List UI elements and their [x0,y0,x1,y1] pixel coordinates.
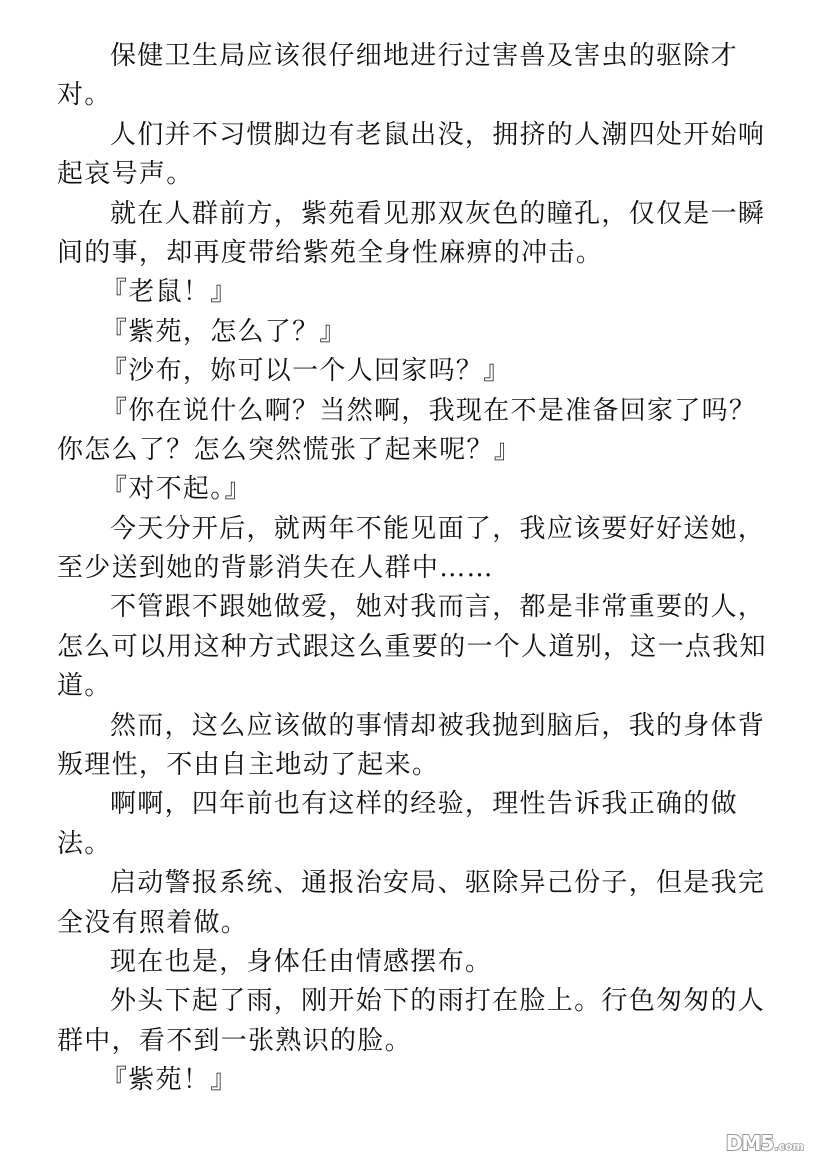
text-line: 啊啊，四年前也有这样的经验，理性告诉我正确的做 [57,785,757,824]
text-line: 叛理性，不由自主地动了起来。 [57,746,757,785]
text-line: 间的事，却再度带给紫苑全身性麻痹的冲击。 [57,234,757,273]
text-line: 你怎么了？怎么突然慌张了起来呢？』 [57,431,757,470]
text-line: 道。 [57,667,757,706]
document-page: 保健卫生局应该很仔细地进行过害兽及害虫的驱除才对。人们并不习惯脚边有老鼠出没，拥… [57,37,757,1101]
text-line: 就在人群前方，紫苑看见那双灰色的瞳孔，仅仅是一瞬 [57,195,757,234]
text-line: 全没有照着做。 [57,904,757,943]
text-line: 外头下起了雨，刚开始下的雨打在脸上。行色匆匆的人 [57,982,757,1021]
dialogue-line: 『紫苑！』 [57,1061,757,1100]
text-line: 至少送到她的背影消失在人群中…… [57,549,757,588]
text-line: 群中，看不到一张熟识的脸。 [57,1022,757,1061]
dialogue-line: 『你在说什么啊？当然啊，我现在不是准备回家了吗？ [57,392,757,431]
dialogue-line: 『沙布，妳可以一个人回家吗？』 [57,352,757,391]
dialogue-line: 『紫苑，怎么了？』 [57,313,757,352]
dialogue-line: 『对不起。』 [57,470,757,509]
text-line: 启动警报系统、通报治安局、驱除异己份子，但是我完 [57,864,757,903]
text-line: 怎么可以用这种方式跟这么重要的一个人道别，这一点我知 [57,628,757,667]
text-line: 然而，这么应该做的事情却被我抛到脑后，我的身体背 [57,707,757,746]
dialogue-line: 『老鼠！』 [57,273,757,312]
text-line: 保健卫生局应该很仔细地进行过害兽及害虫的驱除才 [57,37,757,76]
watermark-main-text: DM5 [726,1131,773,1155]
text-line: 对。 [57,76,757,115]
dm5-watermark-logo: DM5 .com [726,1131,804,1155]
text-line: 今天分开后，就两年不能见面了，我应该要好好送她， [57,510,757,549]
text-line: 现在也是，身体任由情感摆布。 [57,943,757,982]
text-line: 法。 [57,825,757,864]
text-line: 起哀号声。 [57,155,757,194]
watermark-domain-suffix: .com [774,1140,804,1153]
text-line: 不管跟不跟她做爱，她对我而言，都是非常重要的人， [57,588,757,627]
text-line: 人们并不习惯脚边有老鼠出没，拥挤的人潮四处开始响 [57,116,757,155]
